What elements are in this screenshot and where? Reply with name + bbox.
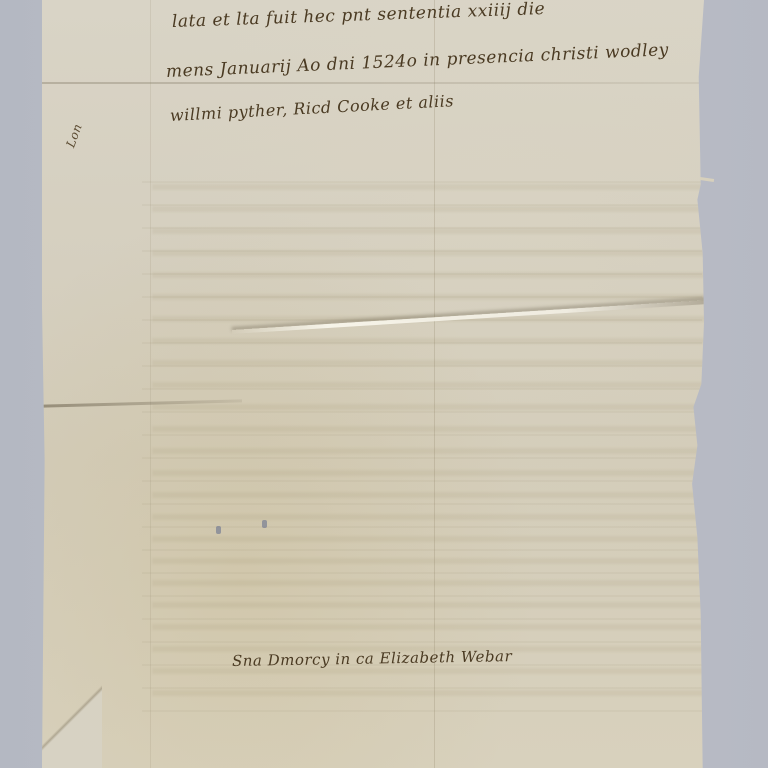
torn-edge-flap	[700, 177, 714, 182]
fold-line-top	[42, 82, 704, 84]
photo-background: lata et lta fuit hec pnt sententia xxiii…	[0, 0, 768, 768]
bleed-through-text	[152, 170, 712, 700]
folded-corner	[42, 668, 102, 768]
ink-smudges	[214, 518, 284, 538]
